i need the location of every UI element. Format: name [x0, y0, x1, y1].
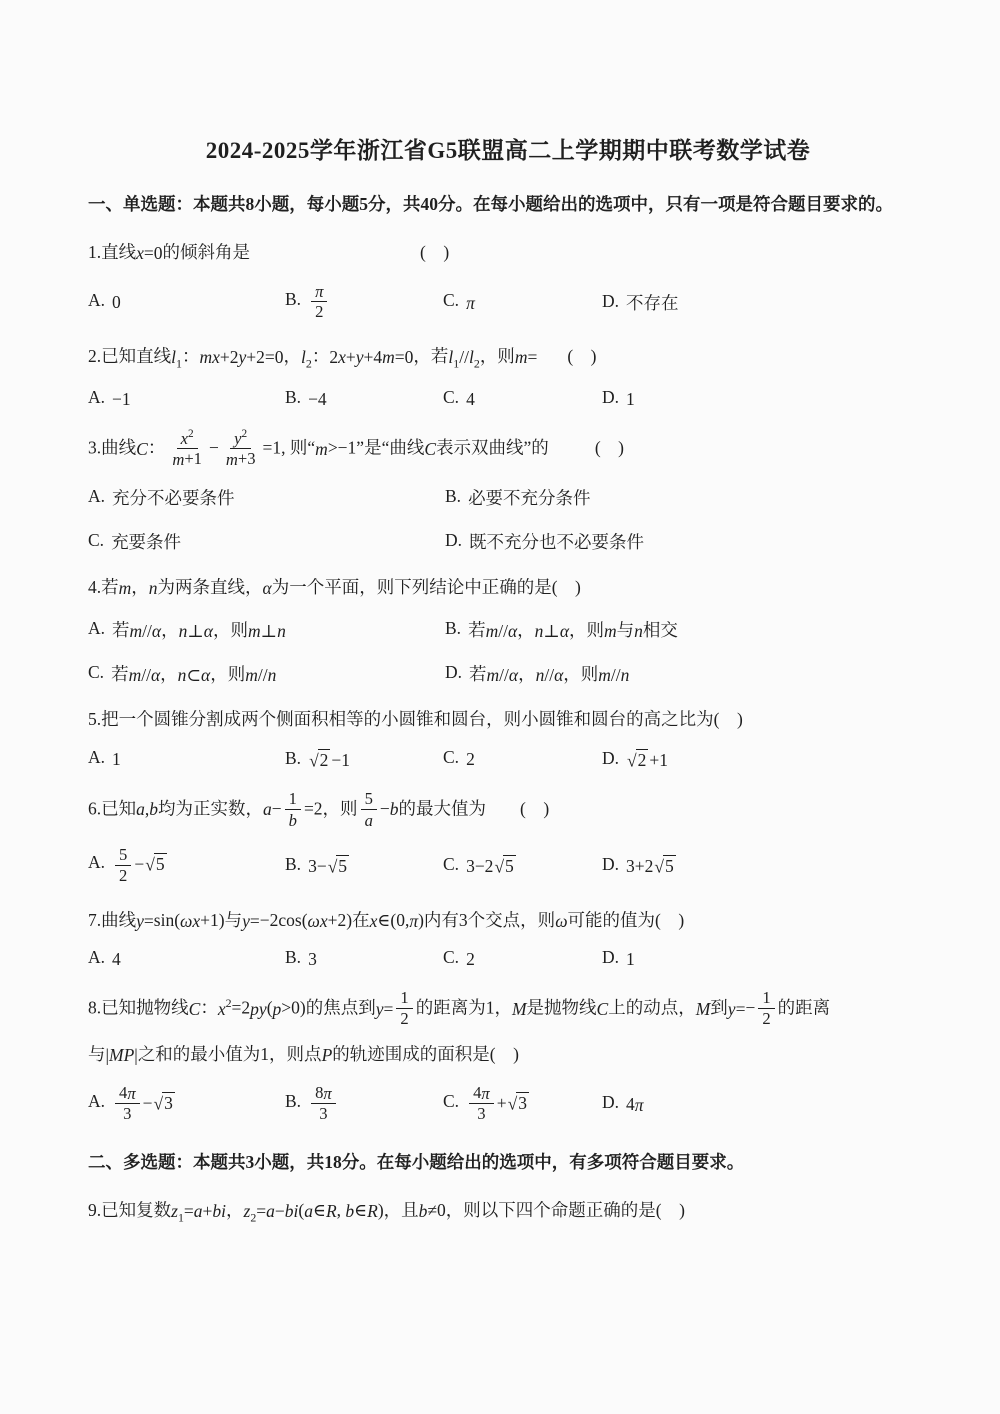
option-a: A.1 — [88, 747, 285, 768]
math: ωx — [180, 911, 200, 931]
option-label: C. — [443, 947, 459, 967]
text: 1 — [626, 389, 635, 409]
text: ， — [284, 346, 302, 366]
math: π — [635, 1095, 644, 1115]
question-options: A.−1B.−4C.4D.1 — [88, 387, 928, 408]
text: 2 — [320, 750, 329, 770]
superscript: 2 — [242, 428, 248, 440]
math: M — [696, 999, 711, 1019]
math: m= — [515, 347, 538, 367]
option-value: 52−√5 — [112, 854, 168, 874]
math: m — [604, 621, 617, 641]
option-c: C.π — [443, 290, 602, 311]
math: M — [512, 999, 527, 1019]
math: m — [172, 450, 184, 469]
math: n//α — [536, 665, 564, 685]
option-value: 1 — [626, 949, 635, 969]
question-stem: 3.曲线C：x2m+1−y2m+3=1, 则“m>−1”是“曲线C表示双曲线”的… — [88, 429, 928, 470]
text: 的轨迹围成的面积是( ) — [332, 1044, 519, 1064]
option-a: A.充分不必要条件 — [88, 483, 445, 508]
text: 之和的最小值为1，则点 — [138, 1044, 322, 1064]
option-value: π — [466, 292, 475, 312]
math-op: // — [459, 347, 469, 367]
math-op: + — [346, 347, 356, 367]
text: 1.直线 — [88, 242, 136, 262]
option-d: D.4π — [602, 1092, 644, 1113]
math-var: b — [419, 1201, 428, 1221]
text: =1, 则“ — [263, 438, 316, 458]
option-value: 8π3 — [308, 1093, 339, 1113]
fraction: y2m+3 — [222, 428, 260, 469]
option-label: B. — [445, 486, 461, 506]
math: π — [466, 293, 475, 313]
text: +3 — [238, 449, 256, 468]
math: x — [370, 911, 378, 931]
superscript: 2 — [188, 428, 194, 440]
radicand: 5 — [663, 855, 676, 877]
question-stem: 9.已知复数z1=a+bi，z2=a−bi(a∈R, b∈R)，且b≠0，则以下… — [88, 1196, 928, 1228]
math-var: α — [263, 578, 272, 598]
option-value: −1 — [112, 389, 131, 409]
math-var: y — [728, 999, 736, 1019]
radicand: 3 — [162, 1092, 175, 1114]
text: 表示双曲线”的 — [436, 438, 549, 458]
math-var: π — [323, 1084, 331, 1103]
text: +1)与 — [200, 910, 242, 930]
math-var: π — [315, 282, 323, 301]
math-op: = — [736, 999, 746, 1019]
question-stem: 7.曲线y=sin(ωx+1)与y=−2cos(ωx+2)在x∈(0,π)内有3… — [88, 906, 928, 935]
option-value: 3 — [308, 949, 317, 969]
math-var: π — [635, 1095, 644, 1115]
math-var: m — [382, 347, 395, 367]
math-var: y — [376, 999, 384, 1019]
math-var: b — [390, 799, 399, 819]
text: ： — [182, 346, 200, 366]
option-label: A. — [88, 852, 105, 872]
math-var: l — [469, 347, 474, 367]
text: − — [143, 1093, 153, 1113]
math-op: = — [144, 911, 154, 931]
math-var: α — [509, 665, 518, 685]
text: ( ) — [520, 798, 549, 818]
math: m//α — [486, 621, 518, 641]
math-op: =0 — [395, 347, 414, 367]
denominator: m+3 — [222, 449, 260, 469]
text: 5 — [505, 856, 514, 876]
math: py — [250, 999, 267, 1019]
question-stem: 2.已知直线l1：mx+2y+2=0，l2：2x+y+4m=0，若l1//l2，… — [88, 342, 928, 374]
math-var: α — [152, 621, 161, 641]
math: α — [263, 578, 272, 598]
text: ， — [517, 620, 535, 640]
text: ，则 — [563, 664, 598, 684]
spacer — [250, 257, 420, 258]
spacer — [549, 453, 595, 454]
fraction: x2m+1 — [168, 428, 206, 469]
math-var: π — [481, 1084, 489, 1103]
option-label: D. — [602, 854, 619, 874]
option-c: C.若m//α，n⊂α，则m//n — [88, 659, 445, 684]
fraction: 8π3 — [311, 1083, 336, 1124]
option-b: B.3 — [285, 947, 443, 968]
math-op: ⊂ — [186, 665, 201, 685]
option-d: D.1 — [602, 947, 635, 968]
math-var: a — [304, 1201, 313, 1221]
text: =2，则 — [304, 798, 358, 818]
math: y= — [242, 911, 260, 931]
fraction: 4π3 — [115, 1083, 140, 1124]
math-var: M — [512, 999, 527, 1019]
math-op: = — [250, 911, 260, 931]
option-d: D.√2+1 — [602, 747, 668, 769]
text: =2 — [232, 998, 251, 1018]
option-value: 既不充分也不必要条件 — [469, 532, 644, 552]
text: +2)在 — [328, 910, 370, 930]
option-b: B.8π3 — [285, 1082, 443, 1123]
math-var: MP — [109, 1045, 134, 1065]
radical-sign: √ — [328, 857, 338, 878]
numerator: 4π — [469, 1083, 494, 1104]
option-label: A. — [88, 486, 105, 506]
text: 的距离 — [778, 998, 831, 1018]
math-op: + — [203, 1201, 213, 1221]
question-options: A.若m//α，n⊥α，则m⊥nB.若m//α，n⊥α，则m与n相交C.若m//… — [88, 615, 928, 684]
math: ωx — [308, 911, 328, 931]
text: −1 — [331, 750, 350, 770]
text: 2 — [762, 1009, 770, 1028]
option-value: 1 — [112, 749, 121, 769]
math: //l — [459, 347, 474, 367]
text: ， — [160, 664, 178, 684]
numerator: 8π — [311, 1083, 336, 1104]
math: b — [345, 1201, 354, 1221]
math: =a−bi — [256, 1201, 298, 1221]
text: ， — [131, 577, 149, 597]
section-2-questions: 9.已知复数z1=a+bi，z2=a−bi(a∈R, b∈R)，且b≠0，则以下… — [88, 1196, 928, 1228]
text: ≠0，则以下四个命题正确的是( ) — [427, 1200, 685, 1220]
text: 若 — [111, 664, 129, 684]
text: ( ) — [567, 346, 596, 366]
question-4: 4.若m，n为两条直线，α为一个平面，则下列结论中正确的是( )A.若m//α，… — [88, 573, 928, 684]
option-label: B. — [445, 618, 461, 638]
option-value: 4 — [112, 949, 121, 969]
text: 既不充分也不必要条件 — [469, 532, 644, 552]
text: 为两条直线， — [158, 577, 263, 597]
question-options: A.0B.π2C.πD.不存在 — [88, 280, 928, 321]
text: 8.已知抛物线 — [88, 998, 189, 1018]
option-value: 0 — [112, 292, 121, 312]
text: 2 — [315, 302, 323, 321]
fraction: π2 — [311, 281, 327, 322]
math: π — [481, 1084, 489, 1103]
section-1-questions: 1.直线x=0的倾斜角是( )A.0B.π2C.πD.不存在2.已知直线l1：m… — [88, 238, 928, 1123]
text: 1 — [626, 949, 635, 969]
text: 2.已知直线 — [88, 346, 171, 366]
math-var: α — [201, 665, 210, 685]
math: =a+bi — [184, 1201, 226, 1221]
math: C — [189, 999, 201, 1019]
math: m — [315, 439, 328, 459]
math-var: bi — [212, 1201, 226, 1221]
text: 必要不充分条件 — [468, 488, 591, 508]
text: ( ) — [420, 242, 449, 262]
math: a,b — [136, 799, 158, 819]
math-var: ω — [555, 911, 567, 931]
option-d: D.3+2√5 — [602, 853, 677, 875]
text: 3− — [308, 856, 327, 876]
math-var: b — [289, 811, 297, 830]
math-var: α — [508, 621, 517, 641]
section-2-header: 二、多选题：本题共3小题，共18分。在每小题给出的选项中，有多项符合题目要求。 — [88, 1149, 928, 1175]
option-label: C. — [443, 290, 459, 310]
math-var: b — [345, 1201, 354, 1221]
option-value: 若m//α，n⊂α，则m//n — [111, 664, 276, 684]
math: m//n — [598, 665, 629, 685]
text: − — [134, 854, 144, 874]
text: ，若 — [413, 346, 448, 366]
math-op: // — [258, 665, 268, 685]
square-root: √3 — [508, 1092, 529, 1114]
text: ， — [226, 1200, 244, 1220]
text: sin( — [154, 910, 180, 930]
math: l — [448, 347, 453, 367]
text: 2 — [638, 750, 647, 770]
math-var: m — [226, 450, 238, 469]
math-op: = — [256, 1201, 266, 1221]
numerator: y2 — [230, 428, 251, 449]
math: n⊥α — [179, 621, 213, 641]
text: 2 — [466, 949, 475, 969]
math-op: // — [544, 665, 554, 685]
math: a — [365, 811, 373, 830]
square-root: √5 — [328, 855, 349, 877]
math-var: a — [266, 1201, 275, 1221]
math: n — [149, 578, 158, 598]
text: 9.已知复数 — [88, 1200, 171, 1220]
option-label: D. — [602, 947, 619, 967]
math-var: m — [129, 665, 142, 685]
math-var: mx — [199, 347, 219, 367]
math-var: m — [486, 621, 499, 641]
math-var: α — [560, 621, 569, 641]
math-var: ωx — [308, 911, 328, 931]
option-value: 充要条件 — [111, 532, 181, 552]
option-label: D. — [602, 748, 619, 768]
option-c: C.3−2√5 — [443, 853, 602, 875]
math: m — [119, 578, 132, 598]
math: x — [218, 999, 226, 1019]
option-label: A. — [88, 290, 105, 310]
math: C — [136, 439, 148, 459]
math-op: // — [142, 621, 152, 641]
fraction: 12 — [758, 988, 774, 1029]
text: ，则 — [210, 664, 245, 684]
text: 4.若 — [88, 577, 119, 597]
math-var: m — [487, 665, 500, 685]
option-value: √2−1 — [308, 750, 350, 770]
text: 为一个平面，则下列结论中正确的是( ) — [272, 577, 581, 597]
text: 2 — [400, 1009, 408, 1028]
math-var: z — [171, 1201, 178, 1221]
option-label: C. — [88, 530, 104, 550]
math: l — [171, 347, 176, 367]
text: 6.已知 — [88, 798, 136, 818]
math-var: m — [598, 665, 611, 685]
math-var: C — [597, 999, 609, 1019]
text: 3 — [123, 1104, 131, 1123]
denominator: a — [361, 810, 377, 830]
question-options: A.4π3−√3B.8π3C.4π3+√3D.4π — [88, 1082, 928, 1123]
math-var: m — [315, 439, 328, 459]
text: ，则 — [213, 620, 248, 640]
question-3: 3.曲线C：x2m+1−y2m+3=1, 则“m>−1”是“曲线C表示双曲线”的… — [88, 429, 928, 552]
square-root: √3 — [154, 1092, 175, 1114]
math-var: y — [234, 429, 241, 448]
fraction: 1b — [285, 789, 301, 830]
math-op: =0 — [144, 243, 163, 263]
question-options: A.52−√5B.3−√5C.3−2√5D.3+2√5 — [88, 844, 928, 885]
text: ， — [161, 620, 179, 640]
question-2: 2.已知直线l1：mx+2y+2=0，l2：2x+y+4m=0，若l1//l2，… — [88, 342, 928, 408]
math-op: = — [184, 1201, 194, 1221]
option-a: A.4π3−√3 — [88, 1082, 285, 1123]
option-label: D. — [602, 1092, 619, 1112]
math-var: l — [301, 347, 306, 367]
math-var: m — [245, 665, 258, 685]
math: b — [390, 799, 399, 819]
math: a — [263, 799, 272, 819]
option-label: D. — [445, 530, 462, 550]
math: m//α — [130, 621, 162, 641]
math-var: z — [244, 1201, 251, 1221]
option-value: 若m//α，n⊥α，则m⊥n — [112, 620, 286, 640]
math: l — [301, 347, 306, 367]
option-value: 2 — [466, 949, 475, 969]
math-op: | — [134, 1045, 138, 1065]
option-b: B.π2 — [285, 280, 443, 321]
math-op: // — [499, 665, 509, 685]
fraction: 5a — [361, 789, 377, 830]
option-c: C.4π3+√3 — [443, 1082, 602, 1123]
text: 若 — [469, 664, 487, 684]
option-value: π2 — [308, 291, 330, 311]
option-value: 3−√5 — [308, 856, 350, 876]
math-var: α — [554, 665, 563, 685]
option-value: 必要不充分条件 — [468, 488, 591, 508]
math-var: l — [448, 347, 453, 367]
square-root: √2 — [627, 749, 648, 771]
math-var: bi — [285, 1201, 299, 1221]
denominator: 3 — [473, 1104, 489, 1124]
numerator: π — [311, 281, 327, 302]
text: 5 — [665, 856, 674, 876]
math: 2x+y+4m=0 — [329, 347, 413, 367]
math-var: C — [136, 439, 148, 459]
question-stem: 5.把一个圆锥分割成两个侧面积相等的小圆锥和圆台，则小圆锥和圆台的高之比为( ) — [88, 705, 928, 734]
math: m — [226, 450, 238, 469]
text: ∈ — [313, 1200, 326, 1220]
text: 充分不必要条件 — [112, 488, 235, 508]
option-label: C. — [88, 662, 104, 682]
text: 的距离为1， — [416, 998, 512, 1018]
math-var: R — [326, 1201, 337, 1221]
option-value: √2+1 — [626, 750, 668, 770]
denominator: b — [285, 810, 301, 830]
math-op: = — [527, 347, 537, 367]
question-8: 8.已知抛物线C：x2=2py(p>0)的焦点到y=12的距离为1，M是抛物线C… — [88, 989, 928, 1123]
spacer — [537, 361, 567, 362]
text: )，且 — [378, 1200, 419, 1220]
text: 5 — [365, 789, 373, 808]
option-label: A. — [88, 387, 105, 407]
text: 1 — [762, 988, 770, 1007]
option-c: C.2 — [443, 947, 602, 968]
math-var: x — [136, 243, 144, 263]
text: 7.曲线 — [88, 910, 136, 930]
math-op: ⊥ — [543, 621, 559, 641]
text: 均为正实数， — [158, 798, 263, 818]
math-var: C — [424, 439, 436, 459]
text: ： — [200, 998, 218, 1018]
radicand: 3 — [516, 1092, 529, 1114]
text: −1 — [112, 389, 131, 409]
option-value: 不存在 — [626, 293, 679, 313]
text: 是抛物线 — [527, 998, 597, 1018]
text: ∈(0, — [377, 910, 409, 930]
option-b: B.−4 — [285, 387, 443, 408]
text: 0 — [112, 292, 121, 312]
square-root: √2 — [309, 749, 330, 771]
text: 4 — [112, 949, 121, 969]
square-root: √5 — [494, 855, 515, 877]
math-var: y — [356, 347, 364, 367]
text: 不存在 — [626, 293, 679, 313]
text: 4 — [466, 389, 475, 409]
option-label: B. — [285, 854, 301, 874]
math-var: n — [634, 621, 643, 641]
math-var: π — [466, 293, 475, 313]
denominator: 2 — [396, 1009, 412, 1029]
math: π — [127, 1084, 135, 1103]
math-var: n — [268, 665, 277, 685]
text: 1 — [400, 988, 408, 1007]
option-label: B. — [285, 947, 301, 967]
denominator: m+1 — [168, 449, 206, 469]
math-op: ⊥ — [261, 621, 277, 641]
math: |MP| — [106, 1045, 138, 1065]
math: z — [171, 1201, 178, 1221]
math-op: +4 — [364, 347, 383, 367]
math: mx+2y+2=0 — [199, 347, 283, 367]
radicand: 5 — [154, 853, 167, 875]
radical-sign: √ — [309, 750, 319, 771]
denominator: 2 — [758, 1009, 774, 1029]
text: 5 — [338, 856, 347, 876]
fraction: 12 — [396, 988, 412, 1029]
math: y — [234, 429, 241, 448]
math-var: a — [136, 799, 145, 819]
section-multi-choice: 二、多选题：本题共3小题，共18分。在每小题给出的选项中，有多项符合题目要求。 … — [88, 1149, 928, 1228]
option-b: B.√2−1 — [285, 747, 443, 769]
text: 5 — [156, 854, 165, 874]
math: m//n — [245, 665, 276, 685]
math: y= — [136, 911, 154, 931]
text: 3 — [518, 1093, 527, 1113]
option-label: B. — [285, 289, 301, 309]
math: a — [304, 1201, 313, 1221]
question-options: A.1B.√2−1C.2D.√2+1 — [88, 747, 928, 769]
